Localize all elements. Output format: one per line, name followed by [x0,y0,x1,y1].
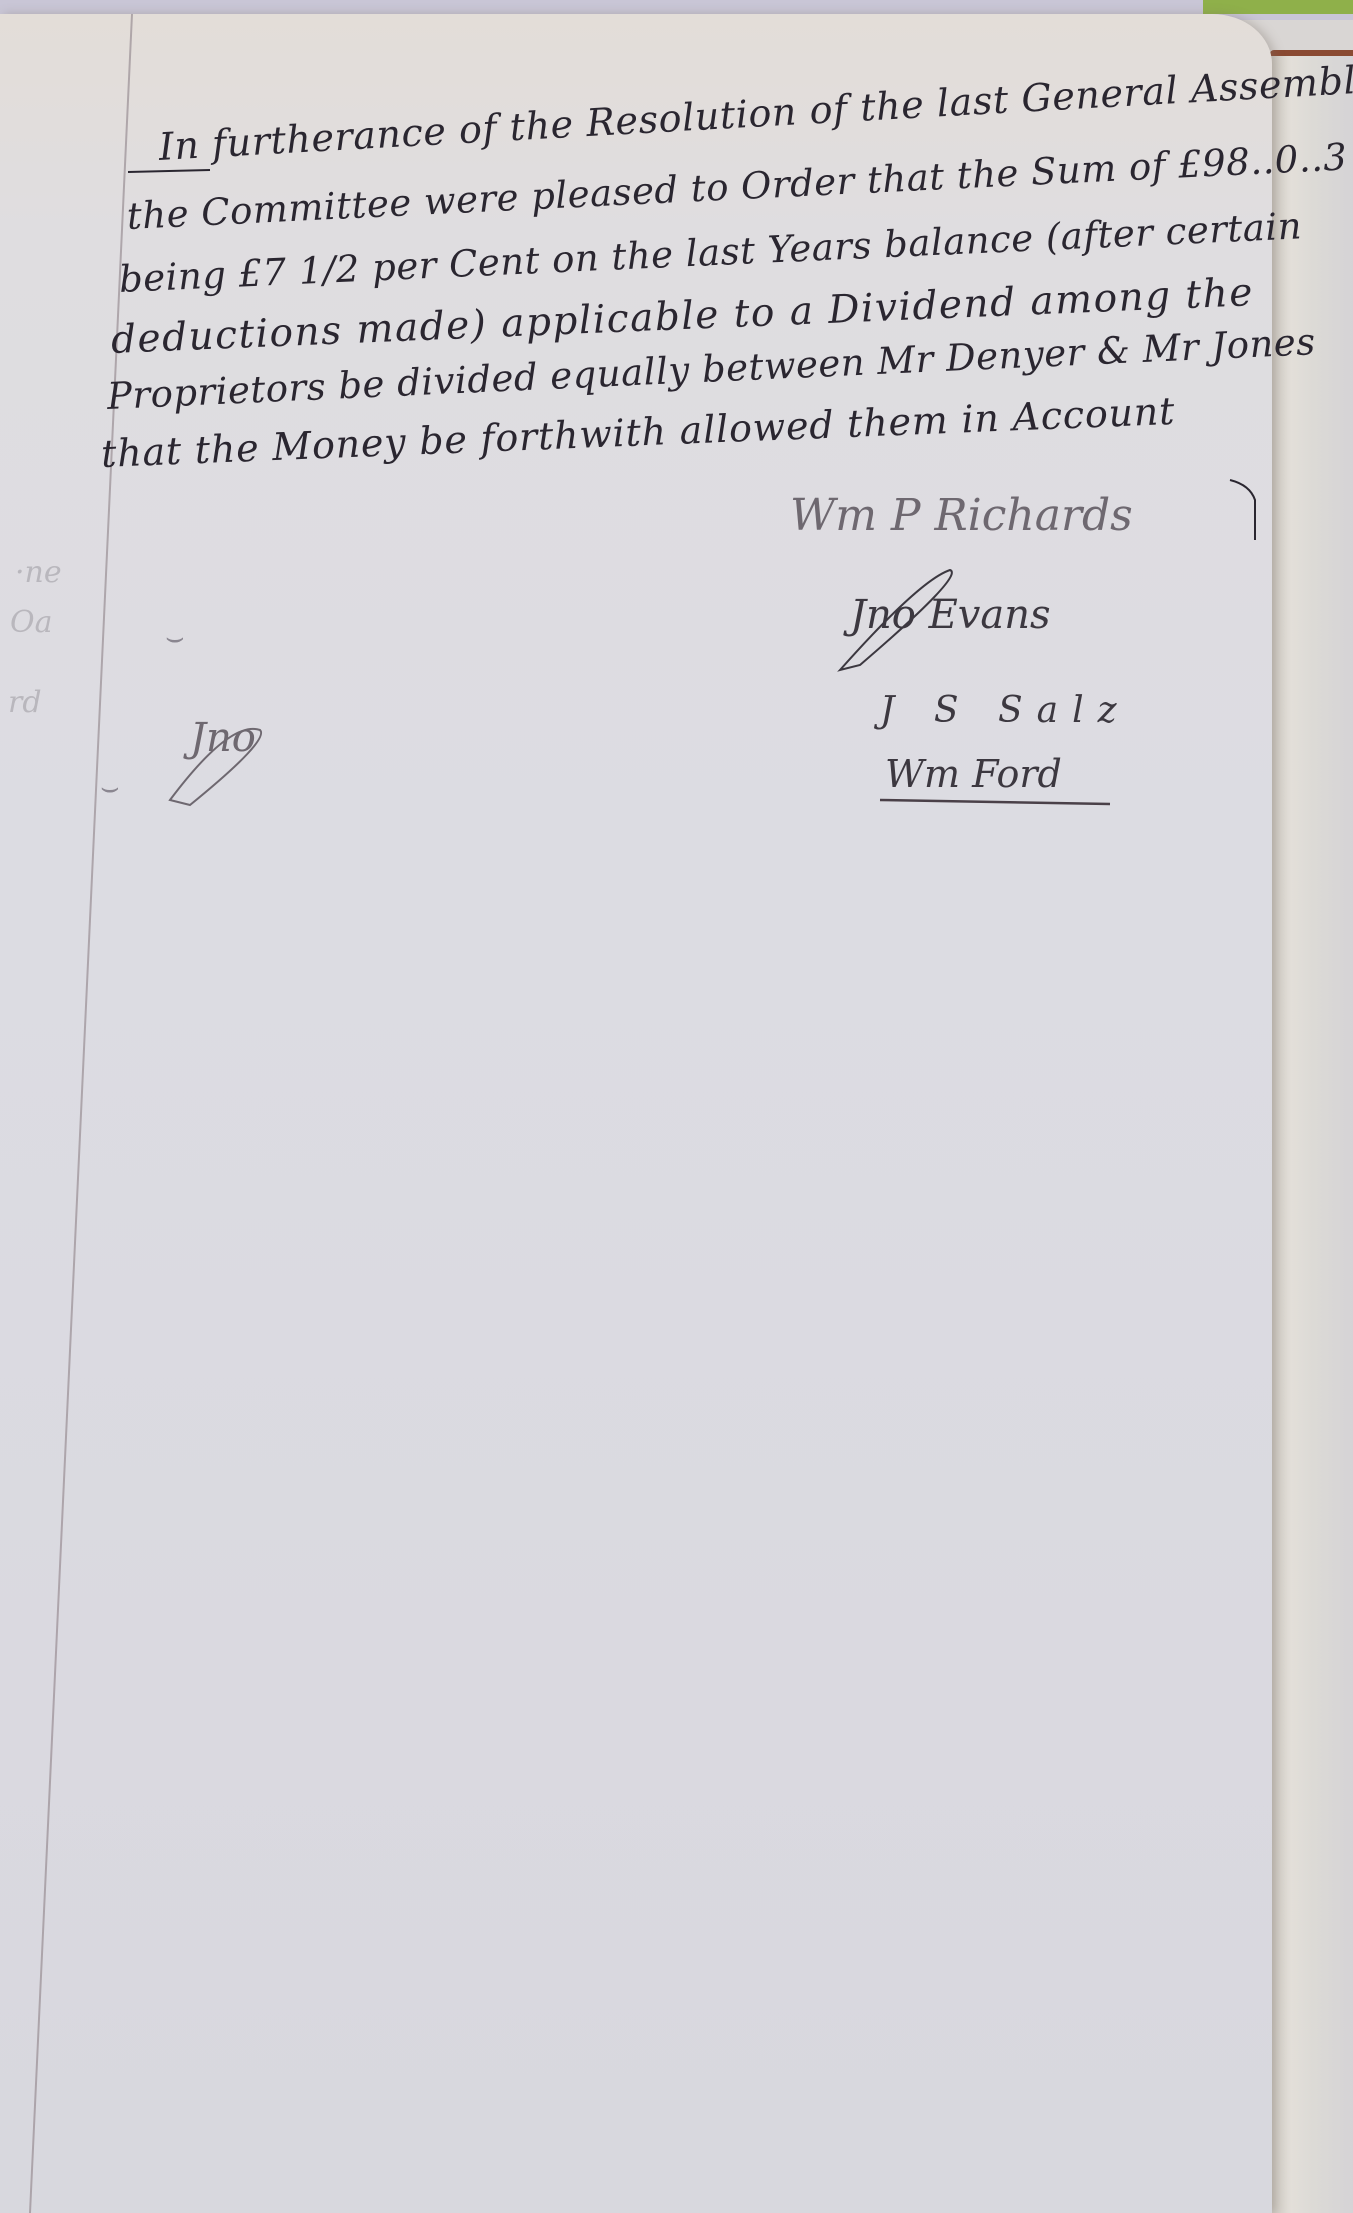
pen-mark: ⌣ [165,620,185,655]
margin-initials: Jno [190,715,256,761]
background-green-strip [1203,0,1353,14]
signature-ford: Wm Ford [885,752,1062,796]
signature-evans: Jno Evans [850,592,1051,638]
signature-richards: Wm P Richards [790,490,1133,541]
book-right-page-edges [1265,56,1353,2213]
bleed-mark-3: rd [8,685,42,720]
signature-salz: J S Salz [880,690,1131,731]
bleed-mark-1: ·ne [15,555,62,590]
margin-mark: ⌣ [100,770,120,805]
bleed-mark-2: Oa [10,605,52,640]
